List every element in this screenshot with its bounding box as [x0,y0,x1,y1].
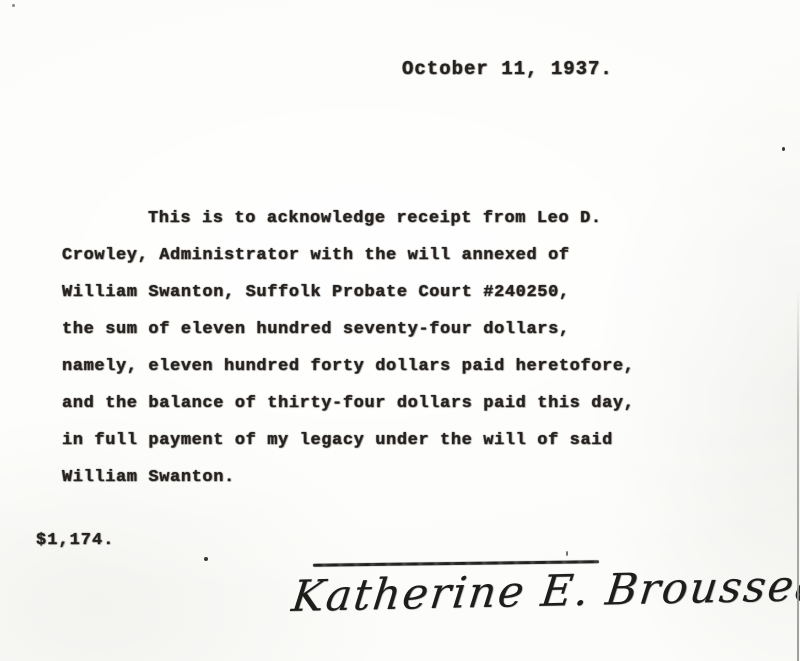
body-line: and the balance of thirty-four dollars p… [62,385,662,422]
amount-total: $1,174. [36,531,114,550]
scan-speck [204,557,208,561]
scanned-receipt-page: October 11, 1937. This is to acknowledge… [0,0,800,661]
signature-handwriting: Katherine E. Brousseau [289,561,800,622]
receipt-body-paragraph: This is to acknowledge receipt from Leo … [62,200,662,496]
body-line: This is to acknowledge receipt from Leo … [62,200,662,237]
body-line: the sum of eleven hundred seventy-four d… [62,311,662,348]
body-line: William Swanton, Suffolk Probate Court #… [62,274,662,311]
body-line: Crowley, Administrator with the will ann… [62,237,662,274]
scan-edge-artifact [797,290,799,661]
date-line: October 11, 1937. [402,58,613,80]
body-line: in full payment of my legacy under the w… [62,422,662,459]
scan-speck [782,147,785,151]
body-line: William Swanton. [62,459,662,496]
body-line: namely, eleven hundred forty dollars pai… [62,348,662,385]
scan-speck [12,4,15,7]
scan-speck [566,551,568,556]
